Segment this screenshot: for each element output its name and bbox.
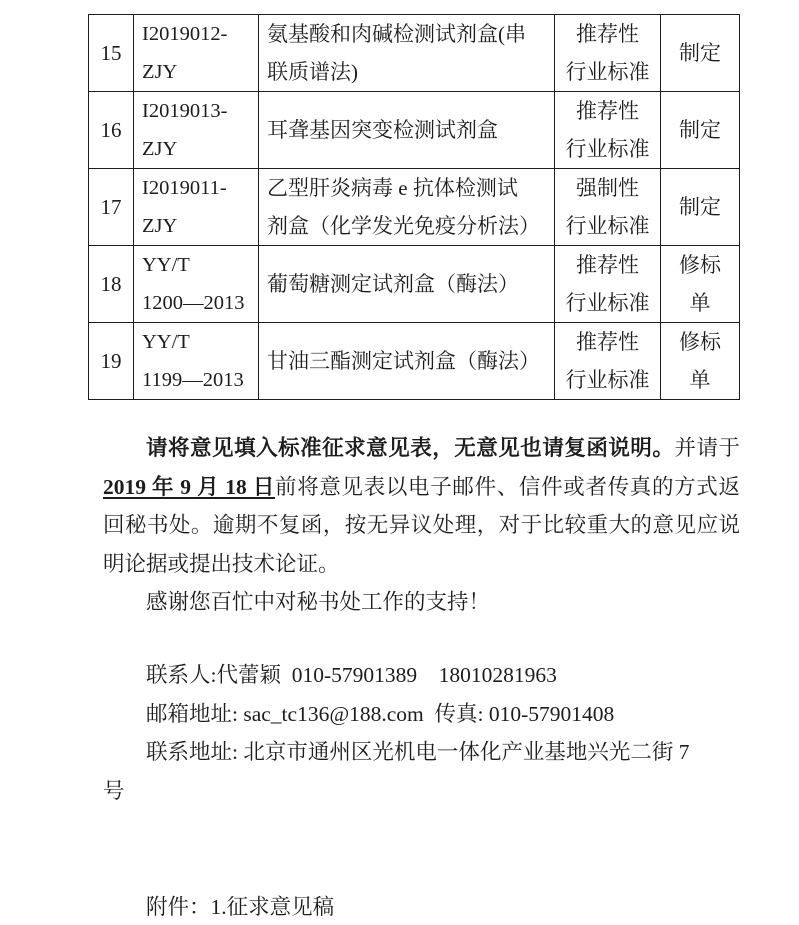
cell-standard-name: 葡萄糖测定试剂盒（酶法）	[259, 246, 555, 323]
table-row: 17 I2019011- ZJY 乙型肝炎病毒 e 抗体检测试 剂盒（化学发光免…	[89, 169, 740, 246]
contact-block: 联系人:代蕾颖 010-57901389 18010281963 邮箱地址: s…	[103, 656, 748, 810]
thanks-line: 感谢您百忙中对秘书处工作的支持！	[103, 583, 740, 622]
cell-standard-name: 乙型肝炎病毒 e 抗体检测试 剂盒（化学发光免疫分析法）	[259, 169, 555, 246]
cell-standard-action: 修标 单	[661, 323, 740, 400]
cell-standard-id: YY/T 1200—2013	[134, 246, 259, 323]
notice-mid-text: 并请于	[674, 436, 740, 460]
notice-paragraph: 请将意见填入标准征求意见表，无意见也请复函说明。并请于 2019 年 9 月 1…	[103, 429, 740, 583]
cell-standard-action: 修标 单	[661, 246, 740, 323]
standards-table-body: 15 I2019012- ZJY 氨基酸和肉碱检测试剂盒(串 联质谱法) 推荐性…	[89, 15, 740, 400]
standards-table: 15 I2019012- ZJY 氨基酸和肉碱检测试剂盒(串 联质谱法) 推荐性…	[88, 14, 740, 400]
cell-standard-id: YY/T 1199—2013	[134, 323, 259, 400]
table-row: 15 I2019012- ZJY 氨基酸和肉碱检测试剂盒(串 联质谱法) 推荐性…	[89, 15, 740, 92]
cell-standard-action: 制定	[661, 92, 740, 169]
cell-standard-action: 制定	[661, 169, 740, 246]
cell-row-number: 19	[89, 323, 134, 400]
cell-standard-id: I2019012- ZJY	[134, 15, 259, 92]
cell-standard-id: I2019011- ZJY	[134, 169, 259, 246]
notice-block: 请将意见填入标准征求意见表，无意见也请复函说明。并请于 2019 年 9 月 1…	[103, 429, 740, 622]
cell-standard-action: 制定	[661, 15, 740, 92]
cell-standard-name: 甘油三酯测定试剂盒（酶法）	[259, 323, 555, 400]
cell-standard-type: 强制性 行业标准	[555, 169, 661, 246]
table-row: 18 YY/T 1200—2013 葡萄糖测定试剂盒（酶法） 推荐性 行业标准 …	[89, 246, 740, 323]
cell-row-number: 16	[89, 92, 134, 169]
cell-row-number: 17	[89, 169, 134, 246]
contact-person-line: 联系人:代蕾颖 010-57901389 18010281963	[103, 656, 748, 695]
cell-standard-type: 推荐性 行业标准	[555, 246, 661, 323]
cell-row-number: 15	[89, 15, 134, 92]
document-page: 15 I2019012- ZJY 氨基酸和肉碱检测试剂盒(串 联质谱法) 推荐性…	[0, 0, 799, 925]
notice-deadline: 2019 年 9 月 18 日	[103, 475, 275, 499]
cell-standard-type: 推荐性 行业标准	[555, 15, 661, 92]
table-row: 16 I2019013- ZJY 耳聋基因突变检测试剂盒 推荐性 行业标准 制定	[89, 92, 740, 169]
contact-email-line: 邮箱地址: sac_tc136@188.com 传真: 010-57901408	[103, 695, 748, 734]
cell-row-number: 18	[89, 246, 134, 323]
attachment-line: 附件：1.征求意见稿	[103, 888, 748, 925]
cell-standard-id: I2019013- ZJY	[134, 92, 259, 169]
cell-standard-name: 氨基酸和肉碱检测试剂盒(串 联质谱法)	[259, 15, 555, 92]
cell-standard-type: 推荐性 行业标准	[555, 323, 661, 400]
contact-address-line: 联系地址: 北京市通州区光机电一体化产业基地兴光二街 7 号	[103, 733, 748, 810]
cell-standard-name: 耳聋基因突变检测试剂盒	[259, 92, 555, 169]
notice-bold-intro: 请将意见填入标准征求意见表，无意见也请复函说明。	[146, 436, 674, 460]
table-row: 19 YY/T 1199—2013 甘油三酯测定试剂盒（酶法） 推荐性 行业标准…	[89, 323, 740, 400]
cell-standard-type: 推荐性 行业标准	[555, 92, 661, 169]
